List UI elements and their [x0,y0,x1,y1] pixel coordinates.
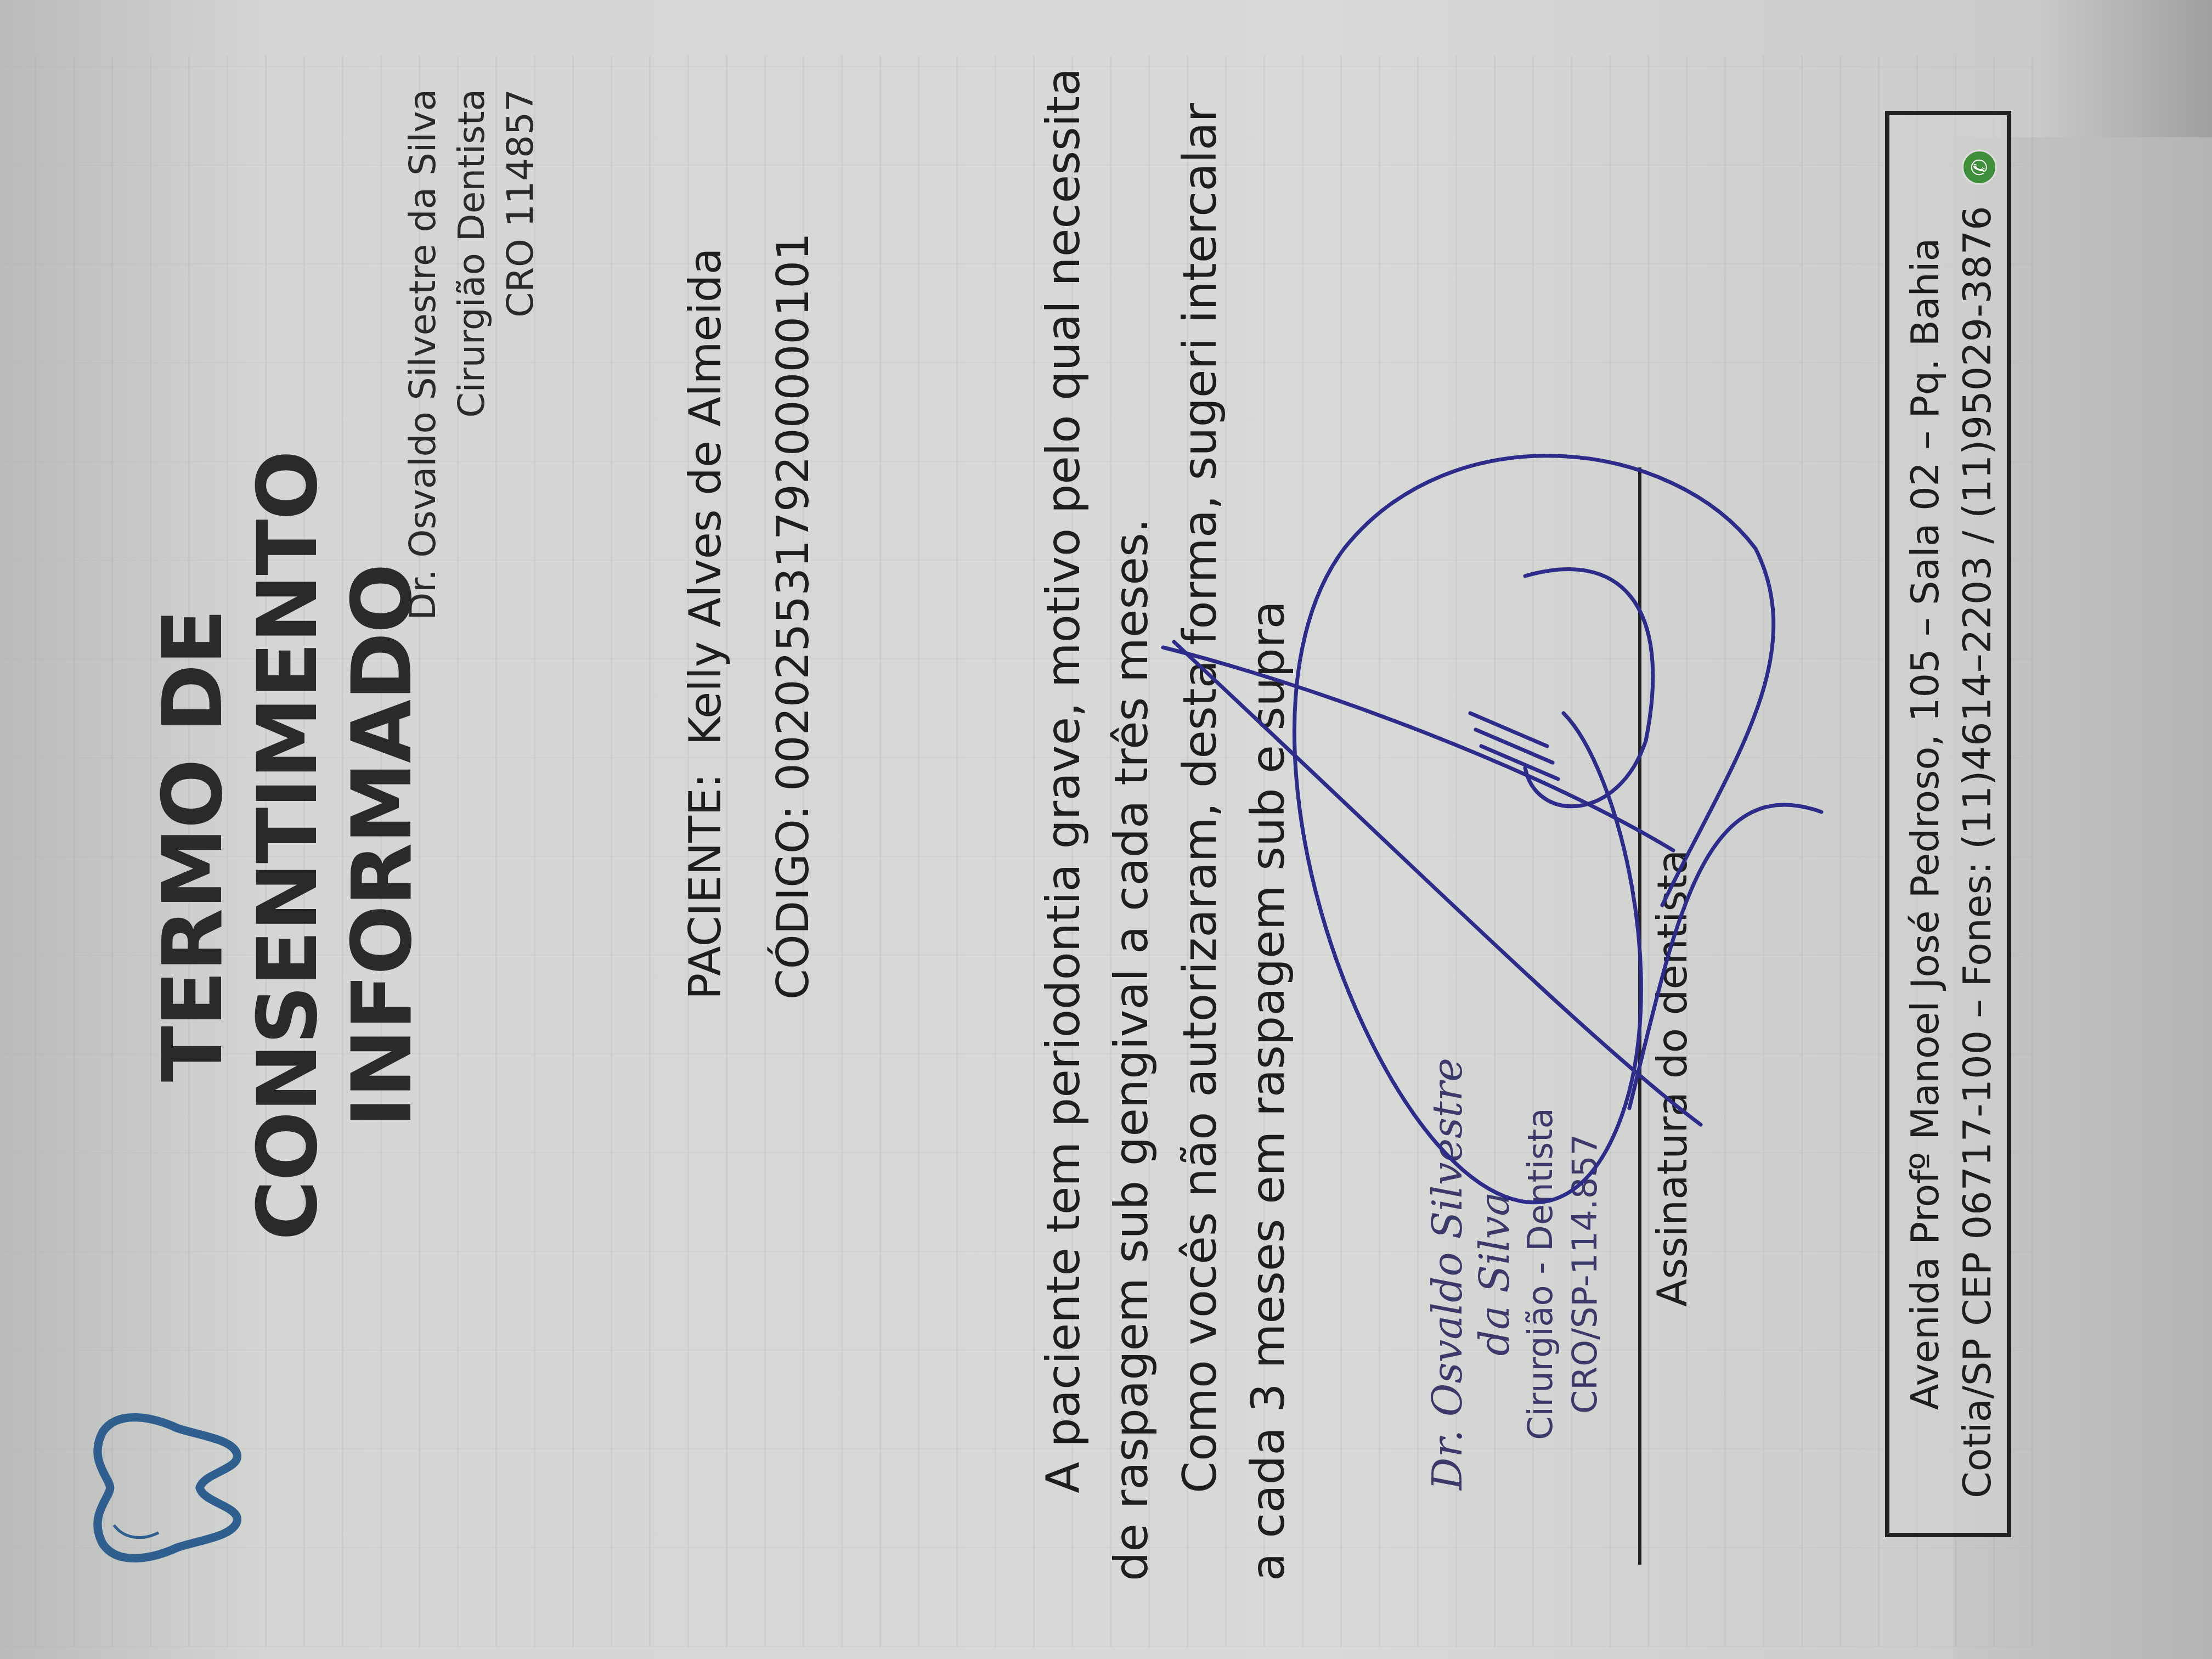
doctor-name: Dr. Osvaldo Silvestre da Silva [398,89,447,620]
footer-contact-row: Cotia/SP CEP 06717-100 – Fones: (11)4614… [1951,115,2004,1533]
page-title: TERMO DE CONSENTIMENTO INFORMADO [146,352,430,1340]
stamp-name: Dr. Osvaldo Silvestre da Silva [1424,1027,1519,1521]
code-row: CÓDIGO: 00202553179200000101 [749,233,837,1000]
patient-code: 00202553179200000101 [768,233,819,791]
paragraph-2: Como vocês não autorizaram, desta forma,… [1166,67,1302,1581]
title-line-1: TERMO DE [146,352,241,1340]
doctor-registration: CRO 114857 [496,89,545,620]
consent-body: A paciente tem periodontia grave, motivo… [1029,67,1302,1581]
paragraph-1: A paciente tem periodontia grave, motivo… [1029,67,1166,1581]
tooth-icon [69,1395,256,1581]
stamp-registration: CRO/SP-114.857 [1563,1027,1607,1521]
whatsapp-icon: ✆ [1962,150,1997,185]
signature-label: Assinatura do dentista [1649,850,1696,1307]
signature-line [1638,467,1641,1565]
patient-info: PACIENTE: Kelly Alves de Almeida CÓDIGO:… [662,233,837,1000]
doctor-role: Cirurgião Dentista [447,89,496,620]
footer-address: Avenida Profº Manoel José Pedroso, 105 –… [1899,115,1951,1533]
patient-label: PACIENTE: [680,773,731,1000]
consent-document: TERMO DE CONSENTIMENTO INFORMADO Dr. Osv… [3,56,2033,1647]
footer-address-box: Avenida Profº Manoel José Pedroso, 105 –… [1885,111,2011,1537]
patient-row: PACIENTE: Kelly Alves de Almeida [662,233,749,1000]
patient-name: Kelly Alves de Almeida [680,247,731,745]
code-label: CÓDIGO: [768,805,819,1000]
dentist-stamp: Dr. Osvaldo Silvestre da Silva Cirurgião… [1424,1027,1607,1521]
stamp-role: Cirurgião - Dentista [1519,1027,1563,1521]
doctor-info: Dr. Osvaldo Silvestre da Silva Cirurgião… [398,89,545,620]
footer-contact: Cotia/SP CEP 06717-100 – Fones: (11)4614… [1955,206,2000,1498]
